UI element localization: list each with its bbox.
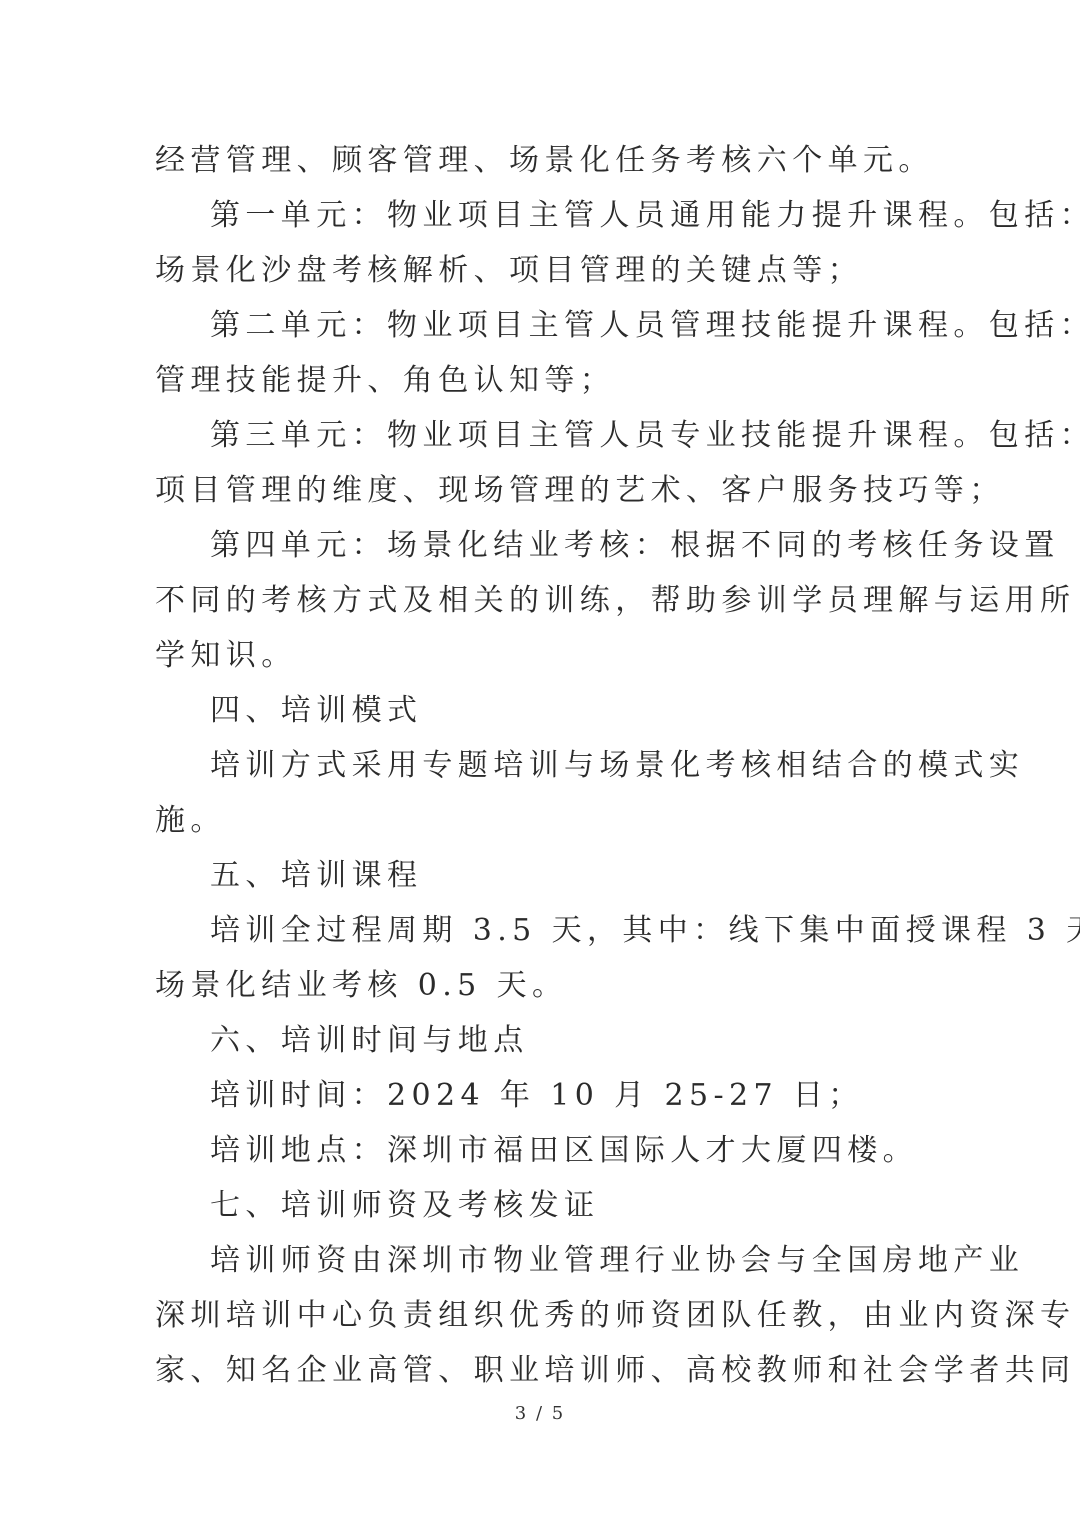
text-line-unit-4: 第四单元：场景化结业考核：根据不同的考核任务设置 <box>210 526 915 566</box>
section-heading-training-mode: 四、培训模式 <box>210 691 915 731</box>
text-line-training-location: 培训地点：深圳市福田区国际人才大厦四楼。 <box>210 1131 915 1171</box>
text-line-unit-4-end: 学知识。 <box>155 636 915 676</box>
text-line-unit-3-cont: 项目管理的维度、现场管理的艺术、客户服务技巧等； <box>155 471 915 511</box>
text-line-unit-4-cont: 不同的考核方式及相关的训练，帮助参训学员理解与运用所 <box>155 581 915 621</box>
page-number: 3 / 5 <box>0 1402 1080 1426</box>
text-line-instructors-cont-2: 家、知名企业高管、职业培训师、高校教师和社会学者共同 <box>155 1351 915 1391</box>
section-heading-training-course: 五、培训课程 <box>210 856 915 896</box>
text-line-course-duration-end: 场景化结业考核 0.5 天。 <box>155 966 915 1006</box>
text-line-training-time: 培训时间：2024 年 10 月 25-27 日； <box>210 1076 915 1116</box>
text-line-unit-2-cont: 管理技能提升、角色认知等； <box>155 361 915 401</box>
text-line-units-tail: 经营管理、顾客管理、场景化任务考核六个单元。 <box>155 141 915 181</box>
text-line-training-mode: 培训方式采用专题培训与场景化考核相结合的模式实 <box>210 746 915 786</box>
text-line-unit-1-cont: 场景化沙盘考核解析、项目管理的关键点等； <box>155 251 915 291</box>
text-line-instructors: 培训师资由深圳市物业管理行业协会与全国房地产业 <box>210 1241 915 1281</box>
document-page: 经营管理、顾客管理、场景化任务考核六个单元。 第一单元：物业项目主管人员通用能力… <box>0 0 1080 1527</box>
text-line-instructors-cont-1: 深圳培训中心负责组织优秀的师资团队任教，由业内资深专 <box>155 1296 915 1336</box>
text-line-unit-2: 第二单元：物业项目主管人员管理技能提升课程。包括： <box>210 306 915 346</box>
text-line-unit-1: 第一单元：物业项目主管人员通用能力提升课程。包括： <box>210 196 915 236</box>
text-line-course-duration: 培训全过程周期 3.5 天，其中：线下集中面授课程 3 天， <box>210 911 915 951</box>
section-heading-instructors: 七、培训师资及考核发证 <box>210 1186 915 1226</box>
text-line-training-mode-end: 施。 <box>155 801 915 841</box>
section-heading-time-location: 六、培训时间与地点 <box>210 1021 915 1061</box>
text-line-unit-3: 第三单元：物业项目主管人员专业技能提升课程。包括： <box>210 416 915 456</box>
